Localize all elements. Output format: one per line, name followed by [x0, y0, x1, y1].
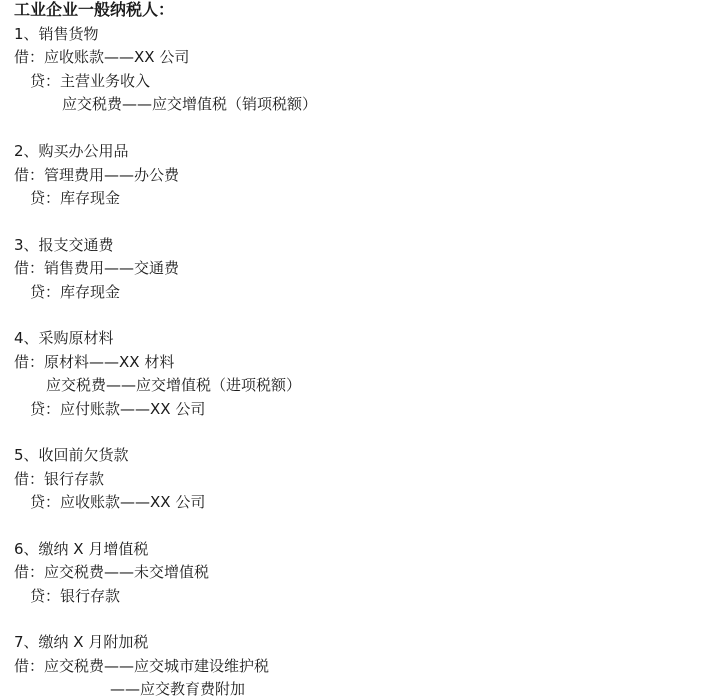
debit-entry: 借：管理费用——办公费	[14, 165, 179, 185]
section-heading-2: 2、购买办公用品	[14, 141, 129, 161]
document-title: 工业企业一般纳税人：	[14, 0, 174, 20]
debit-entry: 借：应收账款——XX 公司	[14, 47, 189, 67]
credit-entry: 贷：银行存款	[30, 586, 120, 606]
credit-entry: 贷：主营业务收入	[30, 71, 150, 91]
credit-entry-continued: 应交税费——应交增值税（销项税额）	[62, 94, 317, 114]
debit-entry-continued: ——应交教育费附加	[110, 679, 245, 699]
debit-entry: 借：应交税费——未交增值税	[14, 562, 209, 582]
section-heading-1: 1、销售货物	[14, 24, 99, 44]
credit-entry: 贷：库存现金	[30, 188, 120, 208]
credit-entry: 贷：应付账款——XX 公司	[30, 399, 205, 419]
accounting-entries-document: 工业企业一般纳税人： 1、销售货物 借：应收账款——XX 公司 贷：主营业务收入…	[0, 0, 710, 700]
debit-entry: 借：销售费用——交通费	[14, 258, 179, 278]
section-heading-4: 4、采购原材料	[14, 328, 114, 348]
debit-entry: 借：原材料——XX 材料	[14, 352, 174, 372]
section-heading-3: 3、报支交通费	[14, 235, 114, 255]
debit-entry: 借：应交税费——应交城市建设维护税	[14, 656, 269, 676]
debit-entry: 借：银行存款	[14, 469, 104, 489]
section-heading-7: 7、缴纳 X 月附加税	[14, 632, 148, 652]
debit-entry-continued: 应交税费——应交增值税（进项税额）	[46, 375, 301, 395]
section-heading-6: 6、缴纳 X 月增值税	[14, 539, 148, 559]
credit-entry: 贷：应收账款——XX 公司	[30, 492, 205, 512]
section-heading-5: 5、收回前欠货款	[14, 445, 129, 465]
credit-entry: 贷：库存现金	[30, 282, 120, 302]
